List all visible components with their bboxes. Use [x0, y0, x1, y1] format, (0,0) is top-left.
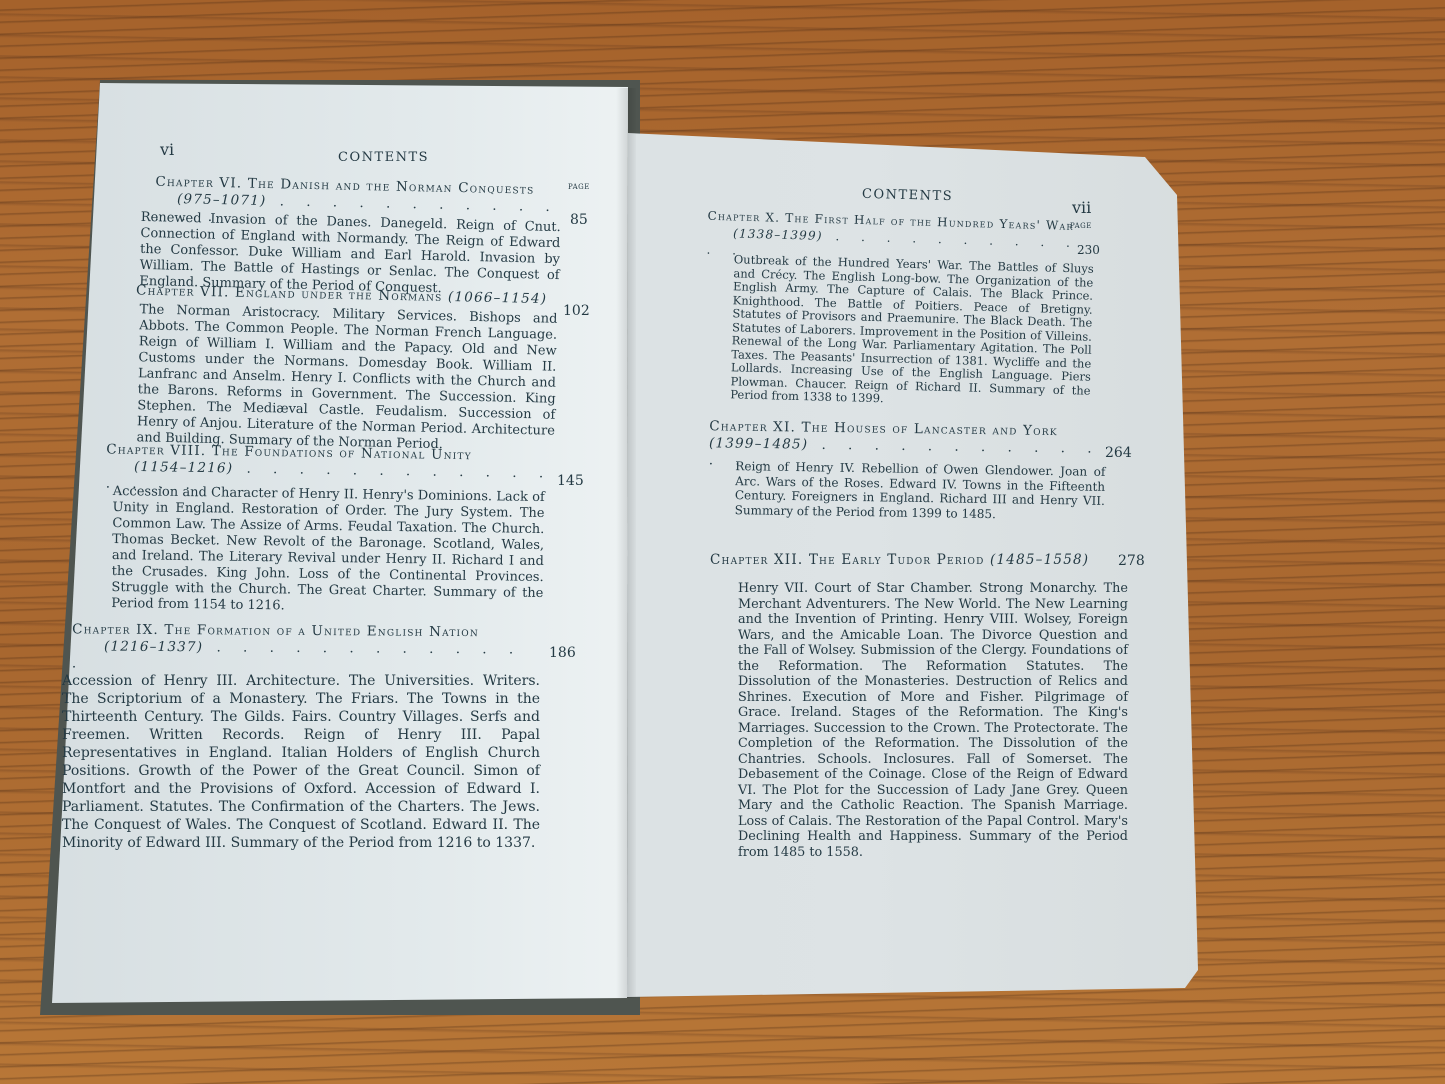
chapter-page-number: 186	[549, 645, 576, 661]
chapter-summary: The Norman Aristocracy. Military Service…	[136, 302, 557, 455]
chapter-page-number: 85	[570, 212, 588, 228]
chapter-page-number: 278	[1118, 553, 1145, 569]
chapter-page-number: 230	[1077, 243, 1100, 257]
running-head-right: CONTENTS	[862, 187, 953, 204]
chapter-page-number: 102	[563, 303, 590, 319]
chapter-summary: Henry VII. Court of Star Chamber. Strong…	[738, 581, 1128, 860]
page-label-left: PAGE	[568, 183, 590, 191]
chapter-summary: Accession of Henry III. Architecture. Th…	[62, 672, 540, 852]
chapter-summary: Reign of Henry IV. Rebellion of Owen Gle…	[735, 459, 1106, 523]
book-gutter	[616, 88, 636, 998]
chapter-page-number: 264	[1105, 445, 1132, 461]
chapter-summary: Outbreak of the Hundred Years' War. The …	[730, 253, 1094, 411]
chapter-title[interactable]: Chapter XII. The Early Tudor Period (148…	[710, 552, 1150, 569]
running-head-left: CONTENTS	[338, 150, 429, 165]
folio-left: vi	[160, 140, 174, 159]
chapter-page-number: 145	[557, 473, 584, 489]
folio-right: vii	[1072, 198, 1091, 217]
chapter-summary: Accession and Character of Henry II. Hen…	[111, 484, 545, 618]
chapter-title[interactable]: Chapter IX. The Formation of a United En…	[72, 621, 547, 675]
